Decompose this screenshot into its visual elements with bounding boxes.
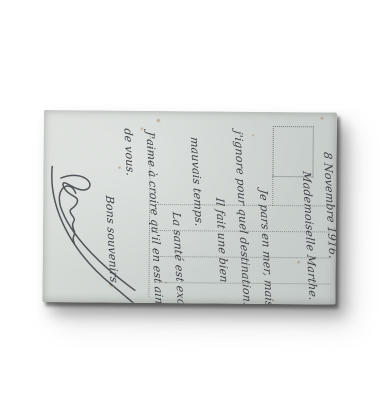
postcard: 8 Novembre 1916. Mademoiselle Marthe. Je… <box>42 110 337 305</box>
handwriting-block: 8 Novembre 1916. Mademoiselle Marthe. Je… <box>46 116 337 305</box>
photo-canvas: 8 Novembre 1916. Mademoiselle Marthe. Je… <box>0 0 380 420</box>
